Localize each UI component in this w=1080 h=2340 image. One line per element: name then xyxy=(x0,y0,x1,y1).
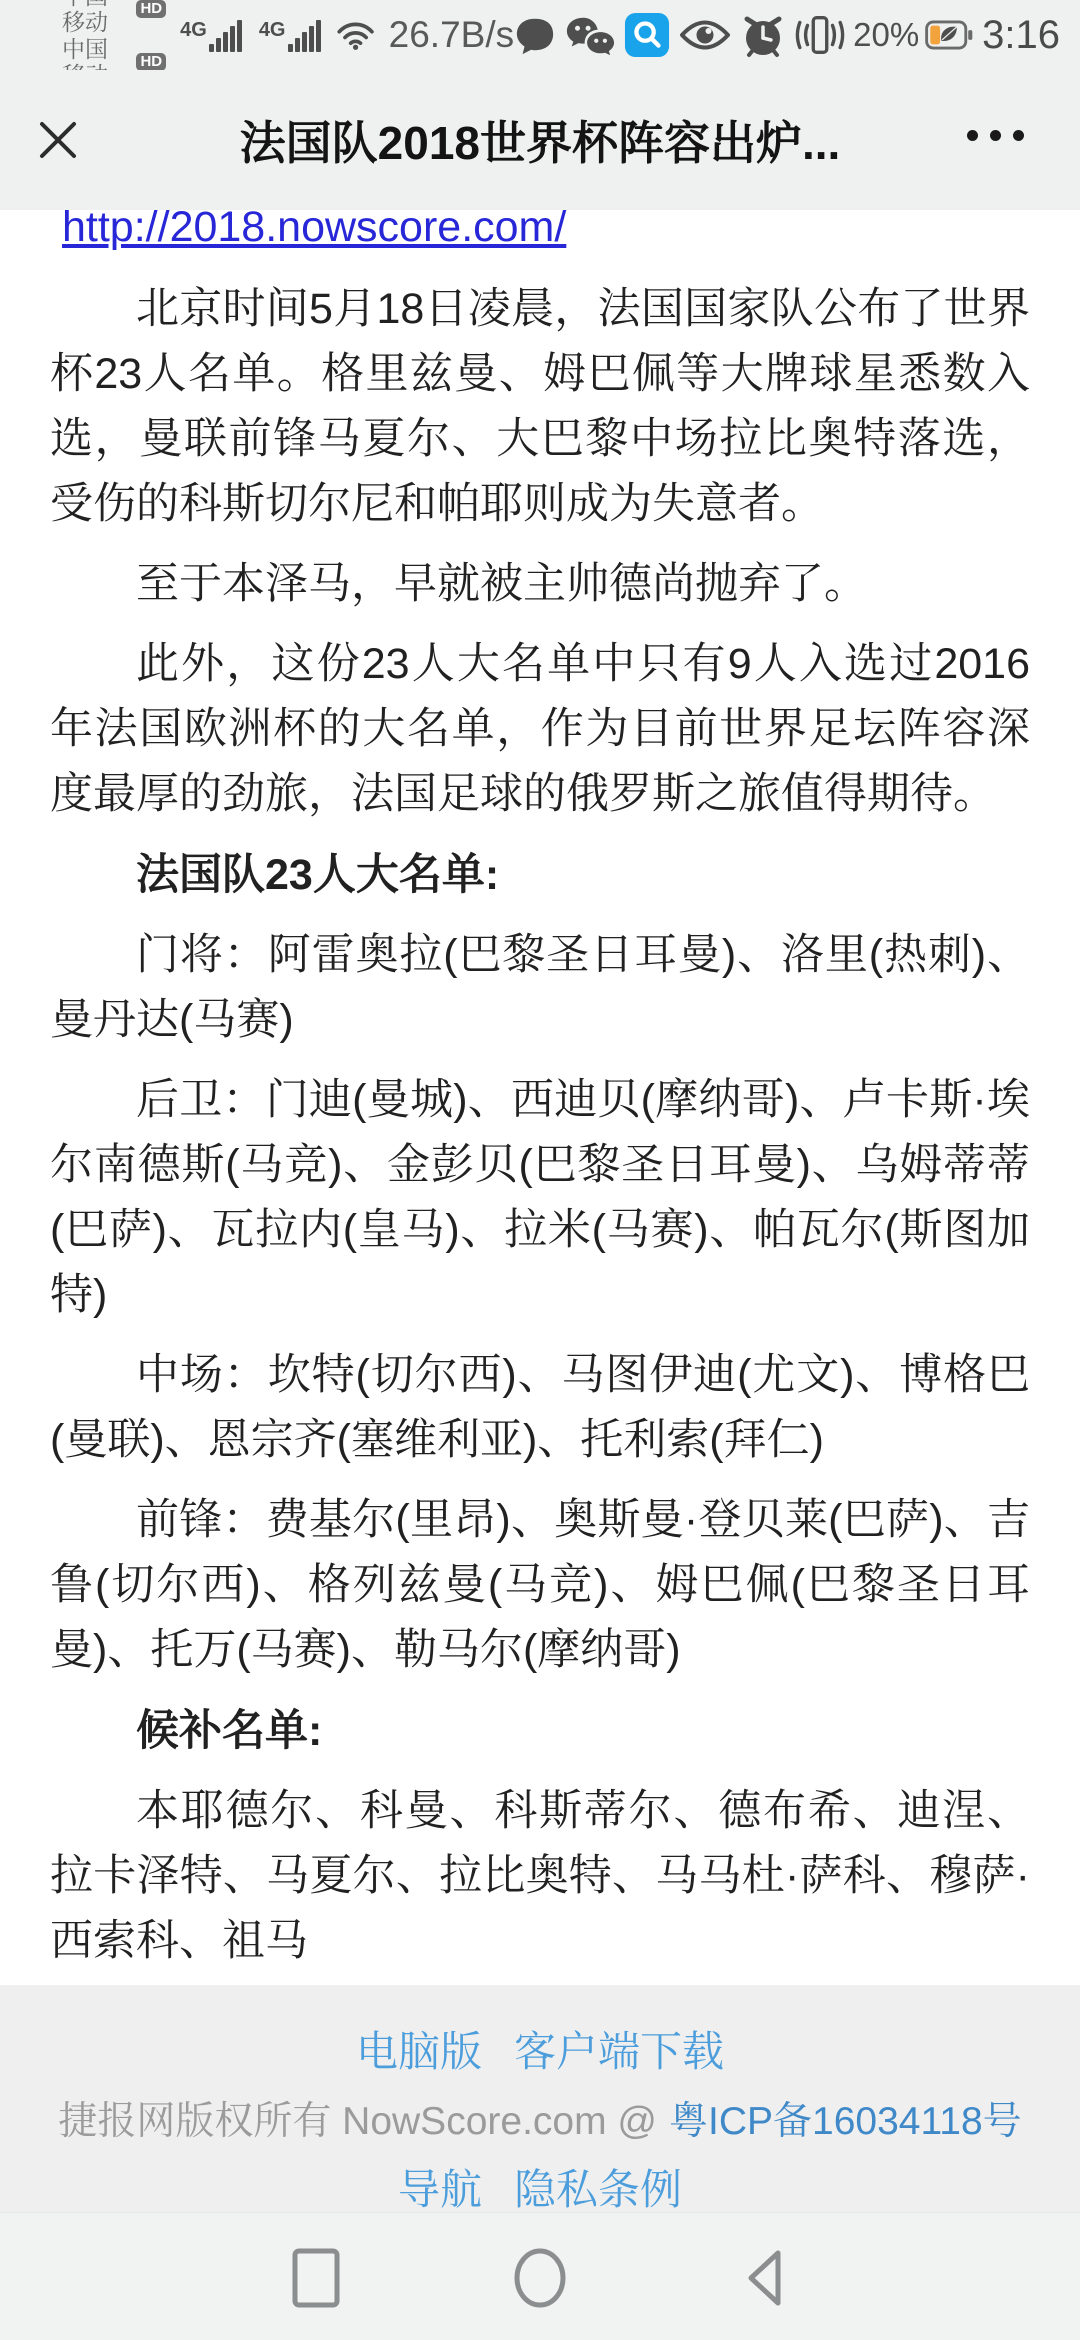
signal-bars-icon xyxy=(288,18,324,52)
volte-hd-badge: HD xyxy=(136,53,166,71)
volte-hd-badge: HD xyxy=(136,0,166,18)
paragraph-reserves: 本耶德尔、科曼、科斯蒂尔、德布希、迪涅、拉卡泽特、马夏尔、拉比奥特、马马杜·萨科… xyxy=(50,1779,1030,1974)
site-footer: 电脑版 客户端下载 捷报网版权所有 NowScore.com @ 粤ICP备16… xyxy=(0,1985,1080,2212)
copyright-text: 捷报网版权所有 NowScore.com @ xyxy=(58,2090,657,2146)
phone-screen: 中国移动 HD 中国移动 HD 4G 4G xyxy=(0,0,1080,2340)
recents-icon[interactable] xyxy=(288,2247,344,2309)
wechat-icon xyxy=(565,15,615,55)
vibrate-icon xyxy=(795,14,845,56)
alarm-clock-icon xyxy=(740,12,786,58)
signal-sim1: 4G xyxy=(180,18,245,52)
back-icon[interactable] xyxy=(740,2247,788,2309)
network-speed: 26.7B/s xyxy=(389,14,514,56)
notification-icons xyxy=(514,12,845,58)
article-content: http://2018.nowscore.com/ 北京时间5月18日凌晨，法国… xyxy=(0,210,1080,1985)
paragraph-defenders: 后卫：门迪(曼城)、西迪贝(摩纳哥)、卢卡斯·埃尔南德斯(马竞)、金彭贝(巴黎圣… xyxy=(50,1068,1030,1328)
chat-bubble-icon xyxy=(514,15,556,55)
signal-sim2: 4G xyxy=(259,18,324,52)
home-icon[interactable] xyxy=(512,2247,568,2309)
client-download-link[interactable]: 客户端下载 xyxy=(514,2019,724,2079)
icp-license-link[interactable]: 粤ICP备16034118号 xyxy=(669,2090,1022,2146)
page-title: 法国队2018世界杯阵容出炉... xyxy=(0,70,1080,210)
search-app-icon xyxy=(624,12,670,58)
carrier-name-sim1: 中国移动 xyxy=(62,0,130,35)
wifi-icon xyxy=(336,16,375,54)
title-bar: 法国队2018世界杯阵容出炉... xyxy=(0,70,1080,210)
pc-version-link[interactable]: 电脑版 xyxy=(356,2019,482,2079)
navigation-link[interactable]: 导航 xyxy=(398,2157,482,2217)
paragraph-benzema: 至于本泽马，早就被主帅德尚抛弃了。 xyxy=(50,552,1030,617)
source-url-link[interactable]: http://2018.nowscore.com/ xyxy=(62,210,1030,262)
paragraph-intro: 北京时间5月18日凌晨，法国国家队公布了世界杯23人名单。格里兹曼、姆巴佩等大牌… xyxy=(50,277,1030,537)
status-bar: 中国移动 HD 中国移动 HD 4G 4G xyxy=(0,0,1080,70)
heading-squad-list: 法国队23人大名单: xyxy=(50,843,1030,908)
network-type-label: 4G xyxy=(180,20,207,40)
clock-time: 3:16 xyxy=(982,13,1060,58)
heading-reserve-list: 候补名单: xyxy=(50,1699,1030,1764)
paragraph-midfielders: 中场：坎特(切尔西)、马图伊迪(尤文)、博格巴(曼联)、恩宗齐(塞维利亚)、托利… xyxy=(50,1343,1030,1473)
network-type-label: 4G xyxy=(259,20,286,40)
battery-percent: 20% xyxy=(853,16,919,54)
eye-comfort-icon xyxy=(679,16,731,54)
android-nav-bar xyxy=(0,2212,1080,2340)
paragraph-forwards: 前锋：费基尔(里昂)、奥斯曼·登贝莱(巴萨)、吉鲁(切尔西)、格列兹曼(马竞)、… xyxy=(50,1488,1030,1683)
privacy-policy-link[interactable]: 隐私条例 xyxy=(514,2157,682,2217)
battery-saver-icon xyxy=(925,17,974,53)
paragraph-depth: 此外，这份23人大名单中只有9人入选过2016年法国欧洲杯的大名单，作为目前世界… xyxy=(50,632,1030,827)
paragraph-goalkeepers: 门将：阿雷奥拉(巴黎圣日耳曼)、洛里(热刺)、曼丹达(马赛) xyxy=(50,923,1030,1053)
more-options-icon[interactable] xyxy=(967,130,1024,141)
signal-bars-icon xyxy=(209,18,245,52)
